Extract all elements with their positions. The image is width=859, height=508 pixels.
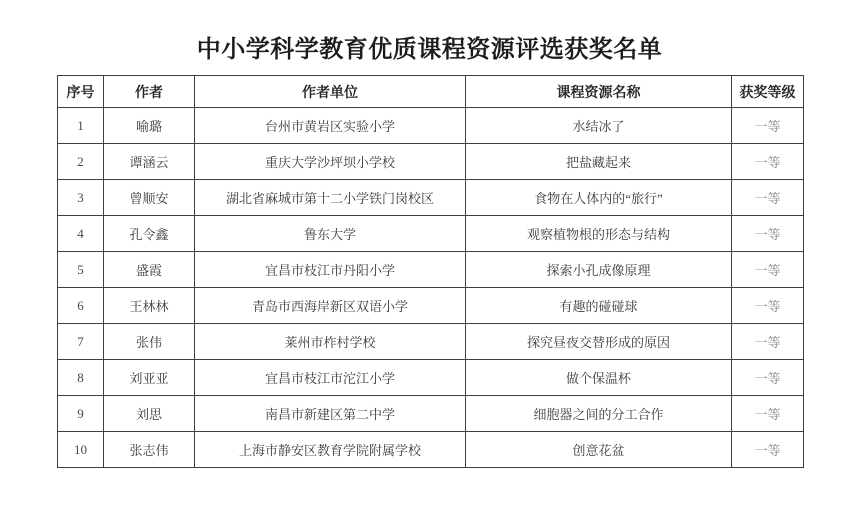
cell-author-unit: 重庆大学沙坪坝小学校 bbox=[195, 144, 466, 180]
column-header-org: 作者单位 bbox=[195, 76, 466, 108]
cell-resource-name: 创意花盆 bbox=[466, 432, 732, 468]
table-row: 3 曾顺安 湖北省麻城市第十二小学铁门岗校区 食物在人体内的“旅行” 一等 bbox=[58, 180, 804, 216]
column-header-no: 序号 bbox=[58, 76, 104, 108]
cell-resource-name: 有趣的碰碰球 bbox=[466, 288, 732, 324]
cell-award-level: 一等 bbox=[732, 360, 804, 396]
cell-award-level: 一等 bbox=[732, 180, 804, 216]
cell-resource-name: 观察植物根的形态与结构 bbox=[466, 216, 732, 252]
cell-author: 曾顺安 bbox=[104, 180, 195, 216]
cell-author: 喻璐 bbox=[104, 108, 195, 144]
cell-author: 孔令鑫 bbox=[104, 216, 195, 252]
cell-award-level: 一等 bbox=[732, 108, 804, 144]
cell-resource-name: 探索小孔成像原理 bbox=[466, 252, 732, 288]
cell-author: 张志伟 bbox=[104, 432, 195, 468]
cell-award-level: 一等 bbox=[732, 324, 804, 360]
table-row: 6 王林林 青岛市西海岸新区双语小学 有趣的碰碰球 一等 bbox=[58, 288, 804, 324]
column-header-resource: 课程资源名称 bbox=[466, 76, 732, 108]
cell-award-level: 一等 bbox=[732, 252, 804, 288]
cell-author-unit: 上海市静安区教育学院附属学校 bbox=[195, 432, 466, 468]
table-row: 2 谭涵云 重庆大学沙坪坝小学校 把盐藏起来 一等 bbox=[58, 144, 804, 180]
cell-author-unit: 宜昌市枝江市丹阳小学 bbox=[195, 252, 466, 288]
table-row: 4 孔令鑫 鲁东大学 观察植物根的形态与结构 一等 bbox=[58, 216, 804, 252]
cell-author: 张伟 bbox=[104, 324, 195, 360]
cell-resource-name: 做个保温杯 bbox=[466, 360, 732, 396]
cell-author: 刘亚亚 bbox=[104, 360, 195, 396]
cell-resource-name: 食物在人体内的“旅行” bbox=[466, 180, 732, 216]
cell-award-level: 一等 bbox=[732, 216, 804, 252]
cell-author: 盛霞 bbox=[104, 252, 195, 288]
document-page: 中小学科学教育优质课程资源评选获奖名单 序号 作者 作者单位 课程资源名称 获奖… bbox=[0, 0, 859, 508]
cell-award-level: 一等 bbox=[732, 144, 804, 180]
cell-serial-number: 10 bbox=[58, 432, 104, 468]
cell-serial-number: 1 bbox=[58, 108, 104, 144]
cell-award-level: 一等 bbox=[732, 288, 804, 324]
cell-author-unit: 台州市黄岩区实验小学 bbox=[195, 108, 466, 144]
cell-resource-name: 把盐藏起来 bbox=[466, 144, 732, 180]
cell-serial-number: 4 bbox=[58, 216, 104, 252]
column-header-award: 获奖等级 bbox=[732, 76, 804, 108]
cell-serial-number: 3 bbox=[58, 180, 104, 216]
table-row: 5 盛霞 宜昌市枝江市丹阳小学 探索小孔成像原理 一等 bbox=[58, 252, 804, 288]
cell-author: 刘思 bbox=[104, 396, 195, 432]
table-row: 1 喻璐 台州市黄岩区实验小学 水结冰了 一等 bbox=[58, 108, 804, 144]
table-header-row: 序号 作者 作者单位 课程资源名称 获奖等级 bbox=[58, 76, 804, 108]
table-row: 8 刘亚亚 宜昌市枝江市沱江小学 做个保温杯 一等 bbox=[58, 360, 804, 396]
page-title: 中小学科学教育优质课程资源评选获奖名单 bbox=[0, 0, 859, 64]
cell-author-unit: 湖北省麻城市第十二小学铁门岗校区 bbox=[195, 180, 466, 216]
cell-serial-number: 9 bbox=[58, 396, 104, 432]
awards-table: 序号 作者 作者单位 课程资源名称 获奖等级 1 喻璐 台州市黄岩区实验小学 水… bbox=[57, 75, 804, 468]
cell-author-unit: 莱州市柞村学校 bbox=[195, 324, 466, 360]
cell-resource-name: 探究昼夜交替形成的原因 bbox=[466, 324, 732, 360]
awards-table-body: 1 喻璐 台州市黄岩区实验小学 水结冰了 一等 2 谭涵云 重庆大学沙坪坝小学校… bbox=[58, 108, 804, 468]
cell-author-unit: 鲁东大学 bbox=[195, 216, 466, 252]
cell-serial-number: 2 bbox=[58, 144, 104, 180]
cell-award-level: 一等 bbox=[732, 396, 804, 432]
table-row: 9 刘思 南昌市新建区第二中学 细胞器之间的分工合作 一等 bbox=[58, 396, 804, 432]
cell-author: 谭涵云 bbox=[104, 144, 195, 180]
cell-author-unit: 南昌市新建区第二中学 bbox=[195, 396, 466, 432]
cell-author-unit: 青岛市西海岸新区双语小学 bbox=[195, 288, 466, 324]
cell-author: 王林林 bbox=[104, 288, 195, 324]
cell-resource-name: 水结冰了 bbox=[466, 108, 732, 144]
column-header-author: 作者 bbox=[104, 76, 195, 108]
cell-serial-number: 7 bbox=[58, 324, 104, 360]
cell-author-unit: 宜昌市枝江市沱江小学 bbox=[195, 360, 466, 396]
table-row: 10 张志伟 上海市静安区教育学院附属学校 创意花盆 一等 bbox=[58, 432, 804, 468]
cell-serial-number: 5 bbox=[58, 252, 104, 288]
cell-serial-number: 6 bbox=[58, 288, 104, 324]
cell-serial-number: 8 bbox=[58, 360, 104, 396]
cell-award-level: 一等 bbox=[732, 432, 804, 468]
table-row: 7 张伟 莱州市柞村学校 探究昼夜交替形成的原因 一等 bbox=[58, 324, 804, 360]
cell-resource-name: 细胞器之间的分工合作 bbox=[466, 396, 732, 432]
